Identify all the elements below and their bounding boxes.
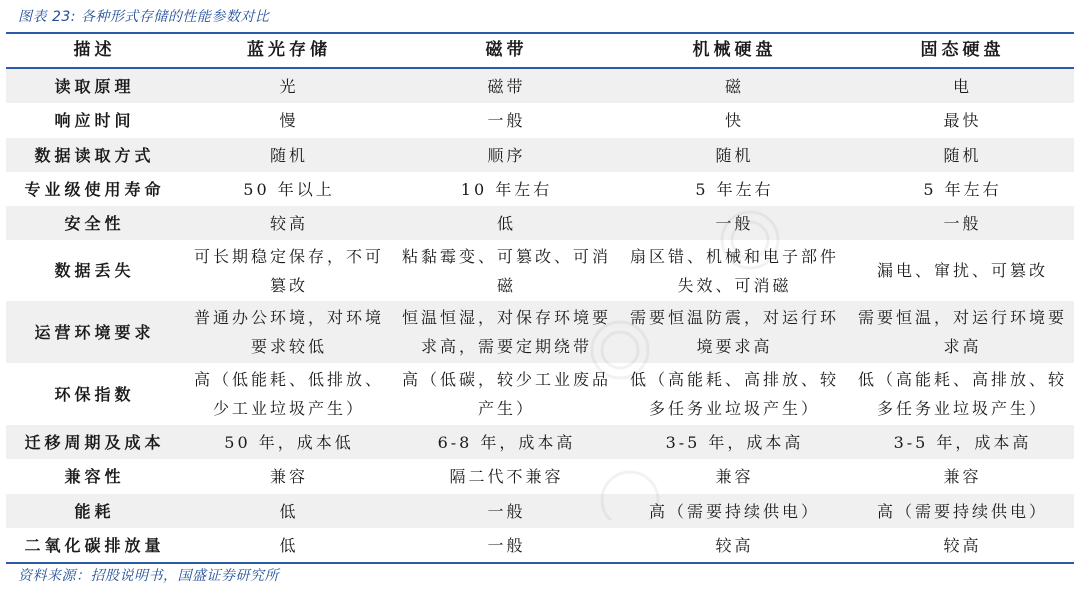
table-cell: 顺序 [395,138,618,172]
table-cell: 3-5 年，成本高 [851,425,1074,459]
table-cell: 可长期稳定保存，不可篡改 [183,240,395,301]
table-cell: 最快 [851,103,1074,138]
row-label: 运营环境要求 [6,301,183,363]
row-label: 专业级使用寿命 [6,172,183,206]
table-cell: 高（低能耗、低排放、少工业垃圾产生） [183,363,395,425]
table-cell: 随机 [851,138,1074,172]
header-hdd: 机械硬盘 [618,34,851,67]
table-cell: 10 年左右 [395,172,618,206]
row-label: 读取原理 [6,69,183,103]
table-cell: 5 年左右 [618,172,851,206]
table-row: 迁移周期及成本 50 年，成本低 6-8 年，成本高 3-5 年，成本高 3-5… [6,425,1074,459]
table-cell: 一般 [395,494,618,528]
table-cell: 一般 [395,103,618,138]
header-bluray-storage: 蓝光存储 [183,34,395,67]
table-cell: 慢 [183,103,395,138]
storage-comparison-table: 描述 蓝光存储 磁带 机械硬盘 固态硬盘 读取原理 光 磁带 磁 电 响应时间 … [6,32,1074,564]
table-cell: 一般 [618,206,851,240]
table-cell: 3-5 年，成本高 [618,425,851,459]
table-cell: 5 年左右 [851,172,1074,206]
table-row: 运营环境要求 普通办公环境，对环境要求较低 恒温恒湿，对保存环境要求高，需要定期… [6,301,1074,363]
row-label: 能耗 [6,494,183,528]
header-description: 描述 [6,34,183,67]
table-cell: 磁带 [395,69,618,103]
row-label: 二氧化碳排放量 [6,528,183,562]
table-cell: 较高 [618,528,851,562]
header-tape: 磁带 [395,34,618,67]
row-label: 兼容性 [6,459,183,494]
table-cell: 一般 [851,206,1074,240]
table-cell: 低 [395,206,618,240]
table-cell: 恒温恒湿，对保存环境要求高，需要定期绕带 [395,301,618,363]
figure-caption: 图表 23: 各种形式存储的性能参数对比 [18,6,269,28]
table-cell: 漏电、窜扰、可篡改 [851,240,1074,301]
table-row: 兼容性 兼容 隔二代不兼容 兼容 兼容 [6,459,1074,494]
table-cell: 低 [183,494,395,528]
row-label: 数据读取方式 [6,138,183,172]
table-cell: 高（需要持续供电） [851,494,1074,528]
table-cell: 高（需要持续供电） [618,494,851,528]
table-row: 读取原理 光 磁带 磁 电 [6,69,1074,103]
table-cell: 兼容 [618,459,851,494]
table-cell: 6-8 年，成本高 [395,425,618,459]
table-row: 数据丢失 可长期稳定保存，不可篡改 粘黏霉变、可篡改、可消磁 扇区错、机械和电子… [6,240,1074,301]
table-cell: 高（低碳，较少工业废品产生） [395,363,618,425]
table-cell: 扇区错、机械和电子部件失效、可消磁 [618,240,851,301]
table-cell: 普通办公环境，对环境要求较低 [183,301,395,363]
table-cell: 粘黏霉变、可篡改、可消磁 [395,240,618,301]
table-cell: 低（高能耗、高排放、较多任务业垃圾产生） [851,363,1074,425]
table-cell: 50 年以上 [183,172,395,206]
table-row: 专业级使用寿命 50 年以上 10 年左右 5 年左右 5 年左右 [6,172,1074,206]
table-row: 环保指数 高（低能耗、低排放、少工业垃圾产生） 高（低碳，较少工业废品产生） 低… [6,363,1074,425]
row-label: 环保指数 [6,363,183,425]
table-cell: 低（高能耗、高排放、较多任务业垃圾产生） [618,363,851,425]
table-row: 能耗 低 一般 高（需要持续供电） 高（需要持续供电） [6,494,1074,528]
source-note: 资料来源：招股说明书，国盛证券研究所 [18,566,279,586]
table-cell: 较高 [183,206,395,240]
table-row: 响应时间 慢 一般 快 最快 [6,103,1074,138]
table-cell: 磁 [618,69,851,103]
row-label: 数据丢失 [6,240,183,301]
table-cell: 50 年，成本低 [183,425,395,459]
table-cell: 随机 [183,138,395,172]
table-cell: 隔二代不兼容 [395,459,618,494]
table-cell: 需要恒温，对运行环境要求高 [851,301,1074,363]
row-label: 迁移周期及成本 [6,425,183,459]
row-label: 安全性 [6,206,183,240]
table-row: 安全性 较高 低 一般 一般 [6,206,1074,240]
table-cell: 一般 [395,528,618,562]
table-cell: 兼容 [851,459,1074,494]
table-cell: 光 [183,69,395,103]
table-cell: 随机 [618,138,851,172]
table-row: 数据读取方式 随机 顺序 随机 随机 [6,138,1074,172]
table-cell: 快 [618,103,851,138]
row-label: 响应时间 [6,103,183,138]
table-cell: 需要恒温防震，对运行环境要求高 [618,301,851,363]
header-ssd: 固态硬盘 [851,34,1074,67]
table-cell: 较高 [851,528,1074,562]
table-cell: 兼容 [183,459,395,494]
table-row: 二氧化碳排放量 低 一般 较高 较高 [6,528,1074,562]
table-cell: 电 [851,69,1074,103]
table-header-row: 描述 蓝光存储 磁带 机械硬盘 固态硬盘 [6,34,1074,69]
table-cell: 低 [183,528,395,562]
